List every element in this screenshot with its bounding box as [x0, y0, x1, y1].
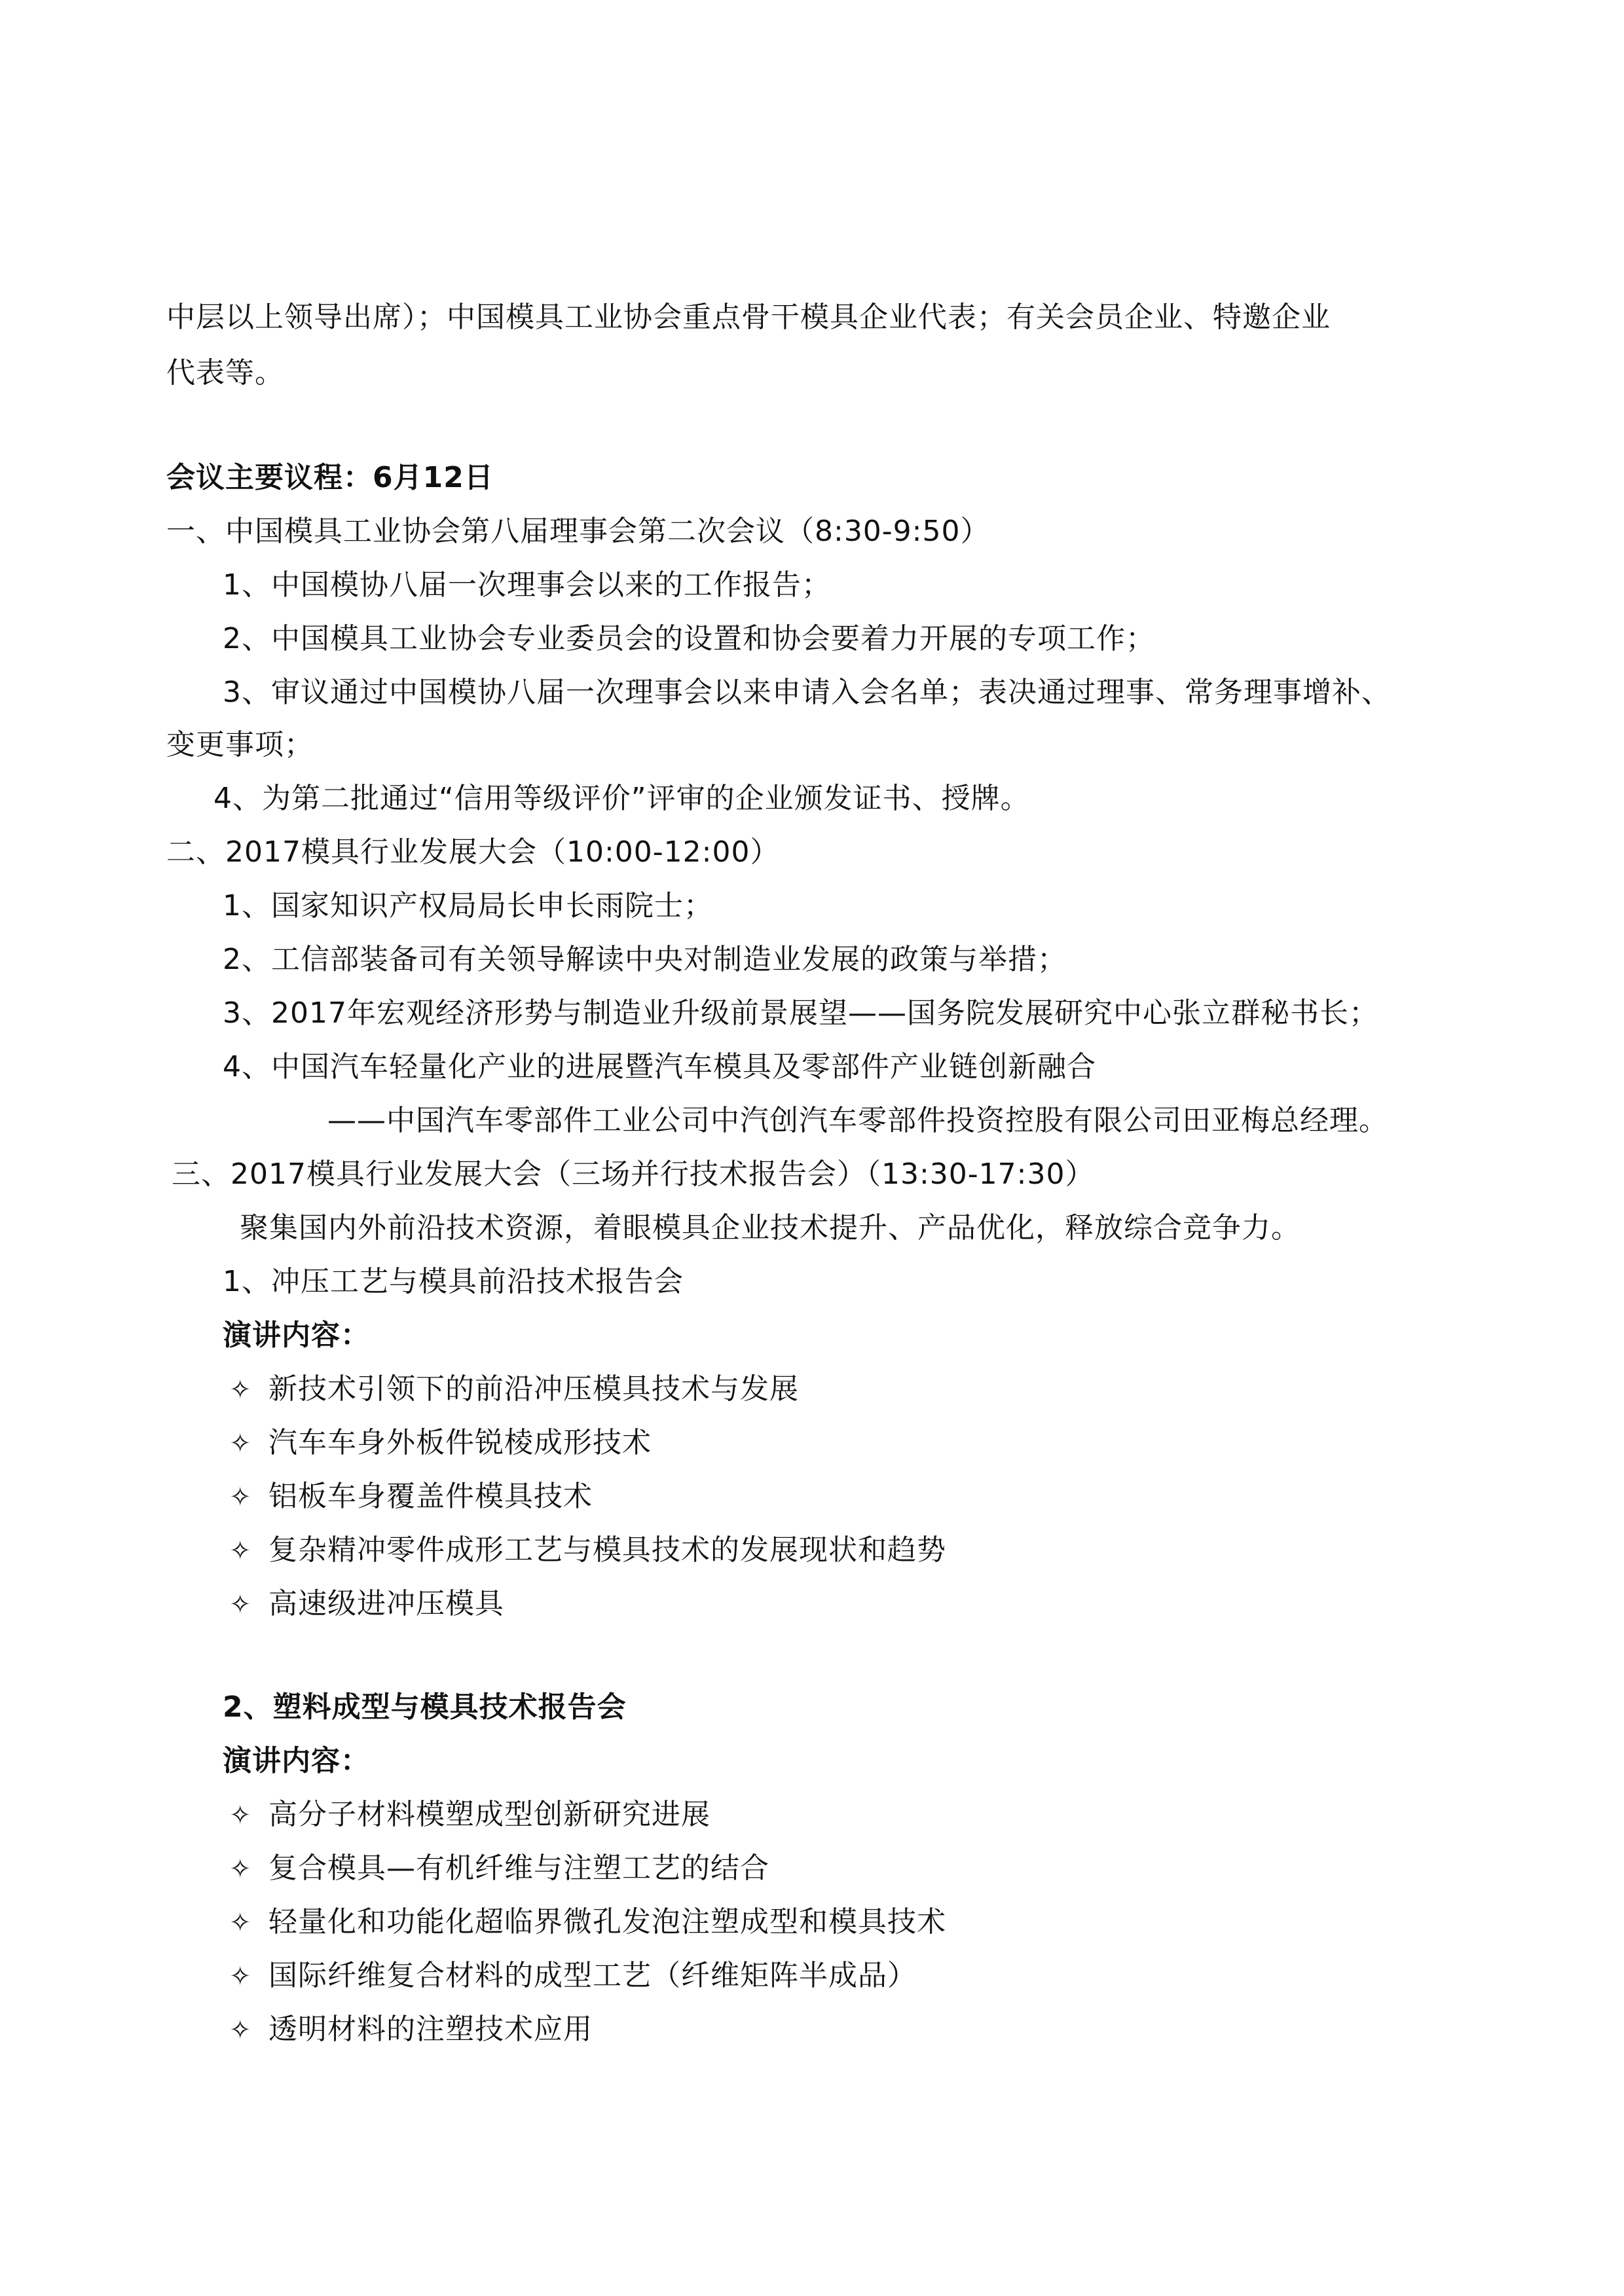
topic-text: 复杂精冲零件成形工艺与模具技术的发展现状和趋势 — [268, 1533, 946, 1567]
section-1-item-4: 4、为第二批通过“信用等级评价”评审的企业颁发证书、授牌。 — [213, 779, 1030, 818]
topic-text: 国际纤维复合材料的成型工艺（纤维矩阵半成品） — [268, 1959, 917, 1992]
session-1-topic: ✧高速级进冲压模具 — [229, 1584, 504, 1624]
section-1-title: 一、中国模具工业协会第八届理事会第二次会议（8:30-9:50） — [166, 512, 990, 551]
topic-text: 高速级进冲压模具 — [268, 1587, 504, 1620]
topic-text: 轻量化和功能化超临界微孔发泡注塑成型和模具技术 — [268, 1905, 946, 1939]
session-1-topic: ✧铝板车身覆盖件模具技术 — [229, 1477, 593, 1517]
agenda-heading: 会议主要议程：6月12日 — [166, 458, 494, 498]
session-1-content-label: 演讲内容： — [223, 1316, 370, 1355]
session-2-topic: ✧复合模具—有机纤维与注塑工艺的结合 — [229, 1849, 769, 1889]
session-2-title: 2、塑料成型与模具技术报告会 — [223, 1688, 627, 1727]
section-2-item-1: 1、国家知识产权局局长申长雨院士； — [223, 886, 713, 926]
section-3-intro: 聚集国内外前沿技术资源，着眼模具企业技术提升、产品优化，释放综合竞争力。 — [240, 1209, 1301, 1248]
diamond-bullet-icon: ✧ — [229, 1370, 268, 1410]
session-2-topic: ✧高分子材料模塑成型创新研究进展 — [229, 1795, 710, 1835]
intro-line-1: 中层以上领导出席）；中国模具工业协会重点骨干模具企业代表；有关会员企业、特邀企业 — [166, 298, 1331, 337]
section-2-item-3: 3、2017年宏观经济形势与制造业升级前景展望——国务院发展研究中心张立群秘书长… — [223, 994, 1378, 1033]
session-2-content-label: 演讲内容： — [223, 1741, 370, 1781]
topic-text: 新技术引领下的前沿冲压模具技术与发展 — [268, 1372, 799, 1406]
session-1-topic: ✧复杂精冲零件成形工艺与模具技术的发展现状和趋势 — [229, 1531, 946, 1571]
diamond-bullet-icon: ✧ — [229, 1850, 268, 1889]
section-1-item-3-cont: 变更事项； — [166, 725, 314, 765]
section-1-item-2: 2、中国模具工业协会专业委员会的设置和协会要着力开展的专项工作； — [223, 619, 1155, 659]
topic-text: 高分子材料模塑成型创新研究进展 — [268, 1798, 710, 1831]
session-2-topic: ✧国际纤维复合材料的成型工艺（纤维矩阵半成品） — [229, 1956, 917, 1996]
session-1-topic: ✧新技术引领下的前沿冲压模具技术与发展 — [229, 1370, 799, 1410]
section-2-item-4-speaker: ——中国汽车零部件工业公司中汽创汽车零部件投资控股有限公司田亚梅总经理。 — [327, 1101, 1388, 1140]
section-1-item-3: 3、审议通过中国模协八届一次理事会以来申请入会名单；表决通过理事、常务理事增补、 — [223, 673, 1391, 712]
diamond-bullet-icon: ✧ — [229, 1424, 268, 1463]
section-2-item-4: 4、中国汽车轻量化产业的进展暨汽车模具及零部件产业链创新融合 — [223, 1048, 1096, 1087]
session-1-topic: ✧汽车车身外板件锐棱成形技术 — [229, 1423, 652, 1463]
diamond-bullet-icon: ✧ — [229, 1903, 268, 1942]
diamond-bullet-icon: ✧ — [229, 1585, 268, 1624]
topic-text: 复合模具—有机纤维与注塑工艺的结合 — [268, 1851, 769, 1885]
topic-text: 汽车车身外板件锐棱成形技术 — [268, 1426, 652, 1459]
diamond-bullet-icon: ✧ — [229, 1478, 268, 1517]
topic-text: 铝板车身覆盖件模具技术 — [268, 1480, 593, 1513]
session-1-title: 1、冲压工艺与模具前沿技术报告会 — [223, 1262, 684, 1302]
section-1-item-1: 1、中国模协八届一次理事会以来的工作报告； — [223, 566, 831, 605]
session-2-topic: ✧透明材料的注塑技术应用 — [229, 2010, 593, 2050]
diamond-bullet-icon: ✧ — [229, 2011, 268, 2050]
topic-text: 透明材料的注塑技术应用 — [268, 2013, 593, 2046]
diamond-bullet-icon: ✧ — [229, 1957, 268, 1996]
section-2-title: 二、2017模具行业发展大会（10:00-12:00） — [166, 833, 779, 872]
section-3-title: 三、2017模具行业发展大会（三场并行技术报告会）（13:30-17:30） — [172, 1155, 1094, 1194]
session-2-topic: ✧轻量化和功能化超临界微孔发泡注塑成型和模具技术 — [229, 1903, 946, 1942]
intro-line-2: 代表等。 — [166, 354, 284, 393]
diamond-bullet-icon: ✧ — [229, 1796, 268, 1835]
document-page: 中层以上领导出席）；中国模具工业协会重点骨干模具企业代表；有关会员企业、特邀企业… — [0, 0, 1624, 2296]
diamond-bullet-icon: ✧ — [229, 1531, 268, 1571]
section-2-item-2: 2、工信部装备司有关领导解读中央对制造业发展的政策与举措； — [223, 940, 1067, 979]
